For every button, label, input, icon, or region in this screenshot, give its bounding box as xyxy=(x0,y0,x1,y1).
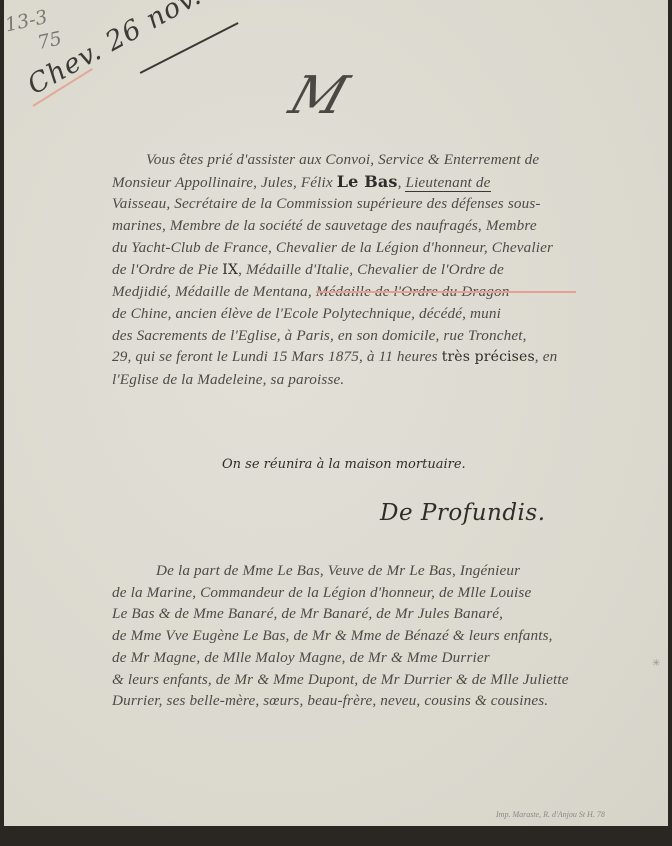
invitation-line-3: Vaisseau, Secrétaire de la Commission su… xyxy=(112,193,632,215)
roman-numeral: IX xyxy=(222,262,238,278)
family-line-1: De la part de Mme Le Bas, Veuve de Mr Le… xyxy=(142,560,632,582)
printer-imprint: Imp. Maraste, R. d'Anjou St H. 78 xyxy=(496,810,605,819)
deceased-given-names: Monsieur Appollinaire, Jules, Félix xyxy=(112,174,333,191)
family-line-5: de Mr Magne, de Mlle Maloy Magne, de Mr … xyxy=(112,647,632,669)
rank-vaisseau: Vaisseau xyxy=(112,195,166,212)
invitation-line-10: 29, qui se feront le Lundi 15 Mars 1875,… xyxy=(112,346,632,369)
ordre-pie: de l'Ordre de Pie xyxy=(112,261,222,278)
invitation-line-11: l'Eglise de la Madeleine, sa paroisse. xyxy=(112,369,632,391)
invitation-line-9: des Sacrements de l'Eglise, à Paris, en … xyxy=(112,325,632,347)
separator-en: , en xyxy=(535,348,558,365)
family-line-7: Durrier, ses belle-mère, sœurs, beau-frè… xyxy=(112,690,632,712)
invitation-paragraph: Vous êtes prié d'assister aux Convoi, Se… xyxy=(142,149,632,391)
paper-stain-mark: ✳ xyxy=(652,658,660,669)
family-line-3: Le Bas & de Mme Banaré, de Mr Banaré, de… xyxy=(112,603,632,625)
reunion-note: On se réunira à la maison mortuaire. xyxy=(222,457,466,472)
medaille-italie: , Médaille d'Italie, Chevalier de l'Ordr… xyxy=(238,261,504,278)
de-profundis-heading: De Profundis. xyxy=(380,500,546,526)
funeral-date-time: 29, qui se feront le Lundi 15 Mars 1875,… xyxy=(112,348,442,365)
rank-lieutenant: Lieutenant de xyxy=(405,174,490,192)
invitation-line-8: de Chine, ancien élève de l'Ecole Polyte… xyxy=(112,303,632,325)
invitation-line-5: du Yacht-Club de France, Chevalier de la… xyxy=(112,237,632,259)
family-line-2: de la Marine, Commandeur de la Légion d'… xyxy=(112,582,632,604)
deceased-surname: Le Bas xyxy=(337,172,398,191)
red-pencil-underline xyxy=(316,291,576,293)
invitation-line-6: de l'Ordre de Pie IX, Médaille d'Italie,… xyxy=(112,259,632,282)
invitation-line-2: Monsieur Appollinaire, Jules, Félix Le B… xyxy=(112,171,632,194)
secretary-title: , Secrétaire de la Commission supérieure… xyxy=(166,195,540,212)
scan-right-border xyxy=(668,50,672,846)
invitation-line-1: Vous êtes prié d'assister aux Convoi, Se… xyxy=(142,149,632,171)
family-paragraph: De la part de Mme Le Bas, Veuve de Mr Le… xyxy=(142,560,632,712)
family-line-6: & leurs enfants, de Mr & Mme Dupont, de … xyxy=(112,669,632,691)
scan-bottom-border xyxy=(0,826,672,846)
family-line-4: de Mme Vve Eugène Le Bas, de Mr & Mme de… xyxy=(112,625,632,647)
tres-precises: très précises xyxy=(442,349,535,365)
invitation-line-4: marines, Membre de la société de sauveta… xyxy=(112,215,632,237)
